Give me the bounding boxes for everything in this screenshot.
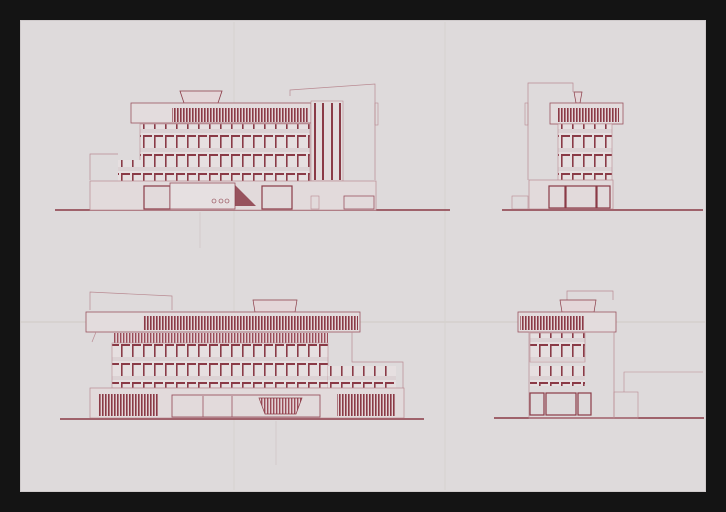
- rear-elevation-bottom: [60, 292, 424, 465]
- front-elevation-top: [55, 84, 450, 248]
- elevation-drawings: [0, 0, 726, 512]
- side-elevation-top: [502, 83, 703, 210]
- side-elevation-bottom: [494, 291, 704, 418]
